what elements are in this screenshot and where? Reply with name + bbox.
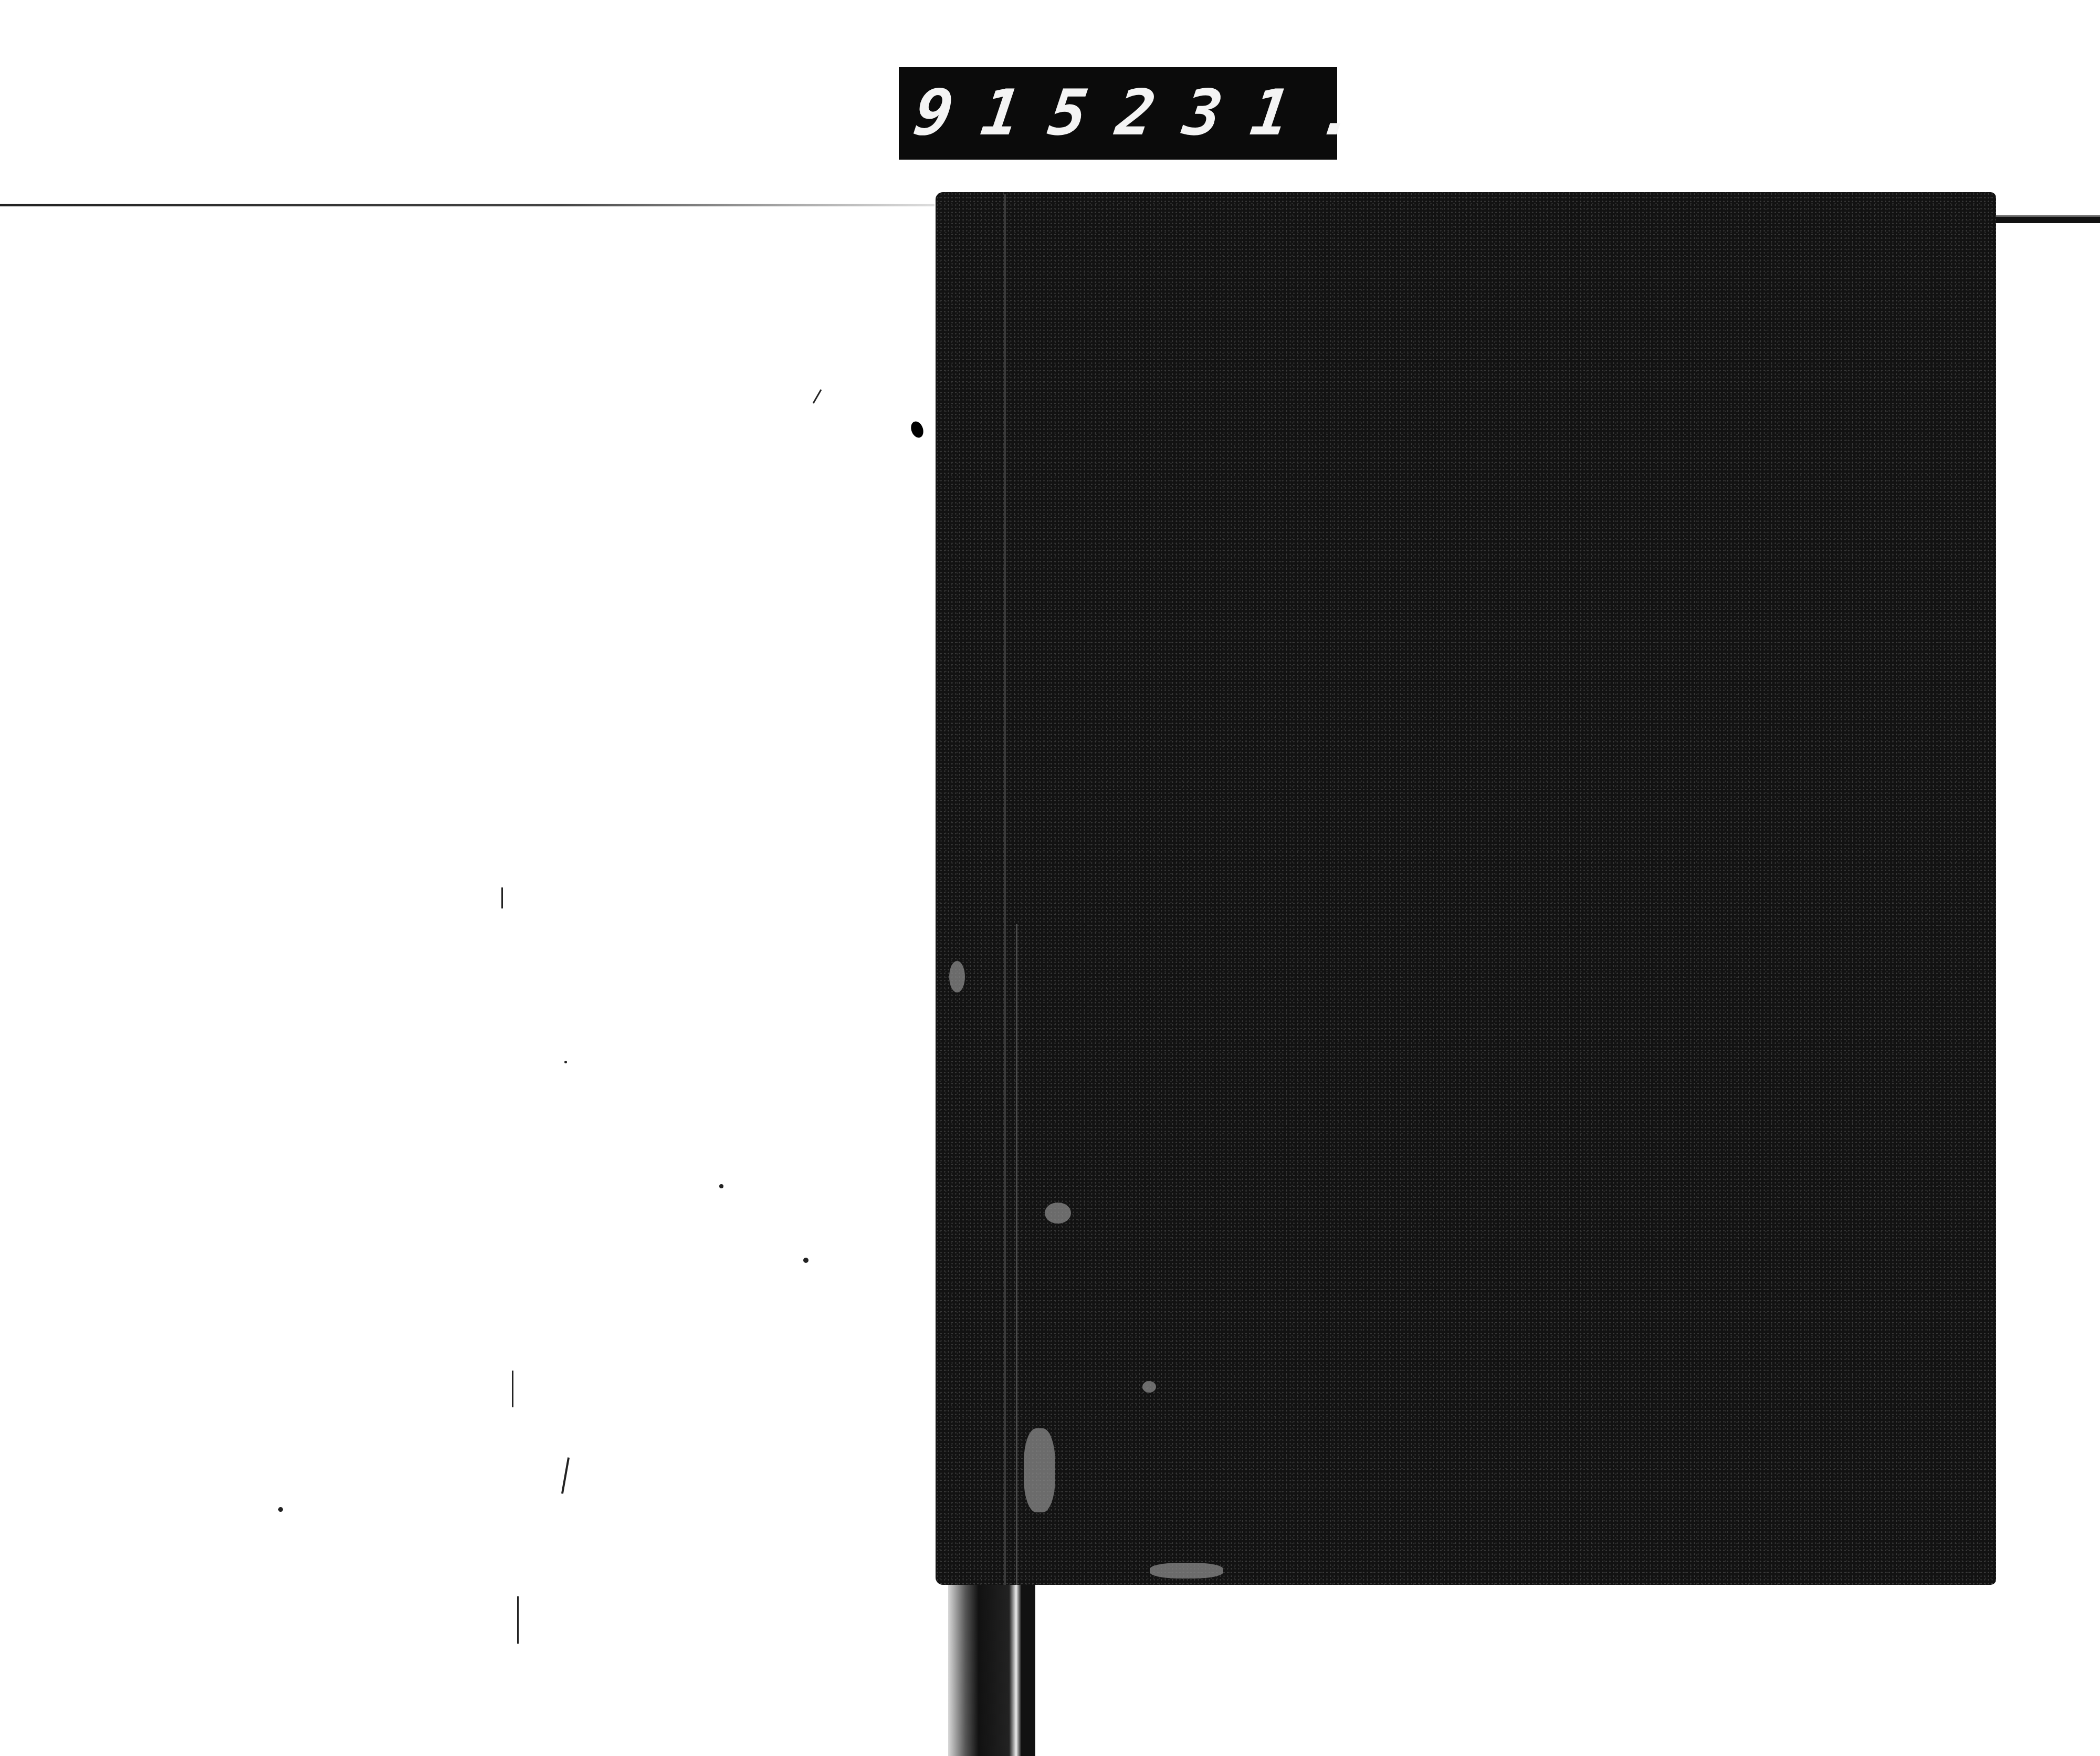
margin-speck bbox=[564, 1061, 567, 1063]
frame-number-label: 915 231. bbox=[899, 67, 1337, 160]
margin-speck bbox=[278, 1507, 283, 1512]
cover-wear-mark bbox=[1024, 1428, 1055, 1512]
cover-wear-mark bbox=[1150, 1563, 1223, 1579]
cover-wear-mark bbox=[1142, 1381, 1156, 1393]
frame-number-group-1: 915 bbox=[910, 82, 1121, 145]
frame-number-group-2: 231. bbox=[1112, 82, 1390, 145]
margin-speck bbox=[512, 1371, 513, 1407]
scan-edge-line-left bbox=[0, 204, 934, 206]
margin-speck bbox=[719, 1184, 723, 1188]
margin-speck bbox=[803, 1258, 808, 1263]
margin-speck bbox=[813, 389, 822, 403]
scan-edge-line-right bbox=[1990, 215, 2100, 223]
margin-ink-blot bbox=[909, 420, 926, 440]
scanned-page: 915 231. bbox=[0, 0, 2100, 1756]
margin-speck bbox=[561, 1457, 570, 1494]
cover-spine-line-lower bbox=[1016, 924, 1017, 1591]
cover-wear-mark bbox=[1045, 1203, 1071, 1224]
cover-spine-line bbox=[1004, 194, 1006, 1591]
book-cover bbox=[936, 192, 1996, 1585]
book-spine-stand bbox=[948, 1585, 1035, 1756]
margin-speck bbox=[501, 887, 503, 908]
cover-wear-mark bbox=[949, 961, 965, 992]
margin-speck bbox=[517, 1596, 519, 1644]
